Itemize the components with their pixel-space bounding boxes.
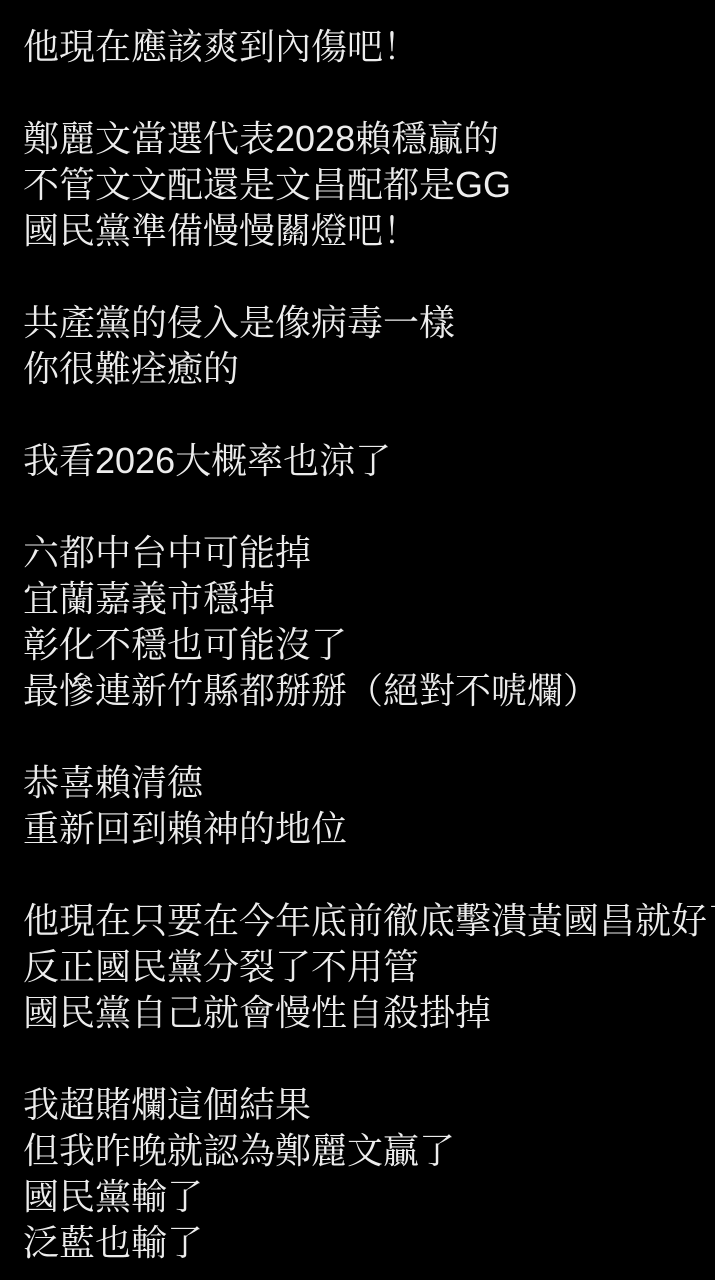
paragraph: 六都中台中可能掉宜蘭嘉義市穩掉彰化不穩也可能沒了最慘連新竹縣都掰掰（絕對不唬爛） bbox=[23, 530, 705, 714]
post-body: 他現在應該爽到內傷吧！鄭麗文當選代表2028賴穩贏的不管文文配還是文昌配都是GG… bbox=[0, 0, 715, 1280]
text-line: 他現在只要在今年底前徹底擊潰黃國昌就好了 bbox=[23, 898, 705, 944]
paragraph: 我看2026大概率也涼了 bbox=[23, 438, 705, 484]
text-line: 宜蘭嘉義市穩掉 bbox=[23, 576, 705, 622]
paragraph: 他現在只要在今年底前徹底擊潰黃國昌就好了反正國民黨分裂了不用管國民黨自己就會慢性… bbox=[23, 898, 705, 1036]
text-line: 鄭麗文當選代表2028賴穩贏的 bbox=[23, 116, 705, 162]
text-line: 共產黨的侵入是像病毒一樣 bbox=[23, 300, 705, 346]
paragraph: 我超賭爛這個結果但我昨晚就認為鄭麗文贏了國民黨輸了泛藍也輸了 bbox=[23, 1082, 705, 1266]
text-line: 恭喜賴清德 bbox=[23, 760, 705, 806]
text-line: 我超賭爛這個結果 bbox=[23, 1082, 705, 1128]
paragraph: 鄭麗文當選代表2028賴穩贏的不管文文配還是文昌配都是GG國民黨準備慢慢關燈吧！ bbox=[23, 116, 705, 254]
text-line: 我看2026大概率也涼了 bbox=[23, 438, 705, 484]
text-line: 你很難痊癒的 bbox=[23, 346, 705, 392]
text-line: 他現在應該爽到內傷吧！ bbox=[23, 24, 705, 70]
text-line: 反正國民黨分裂了不用管 bbox=[23, 944, 705, 990]
text-line: 國民黨自己就會慢性自殺掛掉 bbox=[23, 990, 705, 1036]
text-line: 國民黨準備慢慢關燈吧！ bbox=[23, 208, 705, 254]
text-line: 彰化不穩也可能沒了 bbox=[23, 622, 705, 668]
text-line: 不管文文配還是文昌配都是GG bbox=[23, 162, 705, 208]
text-line: 國民黨輸了 bbox=[23, 1174, 705, 1220]
text-line: 最慘連新竹縣都掰掰（絕對不唬爛） bbox=[23, 668, 705, 714]
paragraph: 共產黨的侵入是像病毒一樣你很難痊癒的 bbox=[23, 300, 705, 392]
text-line: 泛藍也輸了 bbox=[23, 1220, 705, 1266]
paragraph: 他現在應該爽到內傷吧！ bbox=[23, 24, 705, 70]
text-line: 重新回到賴神的地位 bbox=[23, 806, 705, 852]
paragraph: 恭喜賴清德重新回到賴神的地位 bbox=[23, 760, 705, 852]
text-line: 六都中台中可能掉 bbox=[23, 530, 705, 576]
text-line: 但我昨晚就認為鄭麗文贏了 bbox=[23, 1128, 705, 1174]
